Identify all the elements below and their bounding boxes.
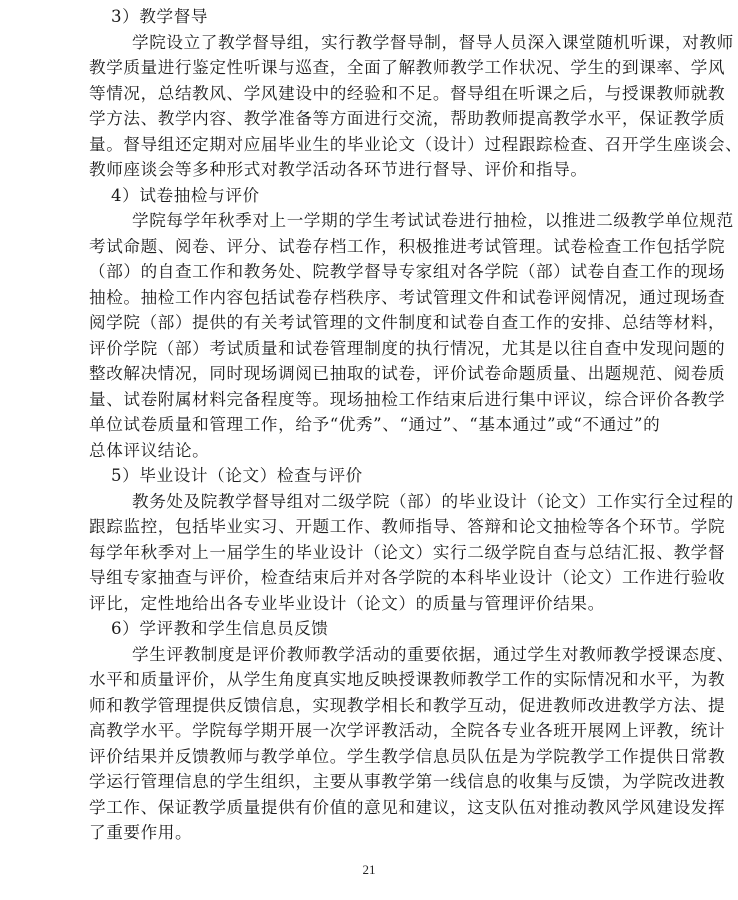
paragraph-line: 师和教学管理提供反馈信息，实现教学相长和教学互动，促进教师改进教学方法、提: [89, 693, 655, 719]
paragraph-line: 学院设立了教学督导组，实行教学督导制，督导人员深入课堂随机听课，对教师: [89, 30, 655, 56]
document-page: 3）教学督导 学院设立了教学督导组，实行教学督导制，督导人员深入课堂随机听课，对…: [89, 4, 655, 846]
paragraph-line: 学生评教制度是评价教师教学活动的重要依据，通过学生对教师教学授课态度、: [89, 642, 655, 668]
paragraph-line: 评价学院（部）考试质量和试卷管理制度的执行情况，尤其是以往自查中发现问题的: [89, 336, 655, 362]
paragraph-line: 教学质量进行鉴定性听课与巡查，全面了解教师教学工作状况、学生的到课率、学风: [89, 55, 655, 81]
paragraph-line: 单位试卷质量和管理工作，给予“优秀”、“通过”、“基本通过”或“不通过”的: [89, 412, 655, 438]
paragraph-line: 抽检。抽检工作内容包括试卷存档秩序、考试管理文件和试卷评阅情况，通过现场查: [89, 285, 655, 311]
paragraph-line: 评比，定性地给出各专业毕业设计（论文）的质量与管理评价结果。: [89, 591, 655, 617]
paragraph-line: 学院每学年秋季对上一学期的学生考试试卷进行抽检，以推进二级教学单位规范: [89, 208, 655, 234]
paragraph-line: 量。督导组还定期对应届毕业生的毕业论文（设计）过程跟踪检查、召开学生座谈会、: [89, 132, 655, 158]
paragraph-line: 教师座谈会等多种形式对教学活动各环节进行督导、评价和指导。: [89, 157, 655, 183]
paragraph-line: 了重要作用。: [89, 820, 655, 846]
section-heading-teaching-supervision: 3）教学督导: [89, 4, 655, 30]
paragraph-line: 每学年秋季对上一届学生的毕业设计（论文）实行二级学院自查与总结汇报、教学督: [89, 540, 655, 566]
section-heading-graduation-thesis-review: 5）毕业设计（论文）检查与评价: [89, 463, 655, 489]
paragraph-line: 量、试卷附属材料完备程度等。现场抽检工作结束后进行集中评议，综合评价各教学: [89, 387, 655, 413]
paragraph-line: 等情况，总结教风、学风建设中的经验和不足。督导组在听课之后，与授课教师就教: [89, 81, 655, 107]
paragraph-line: 学运行管理信息的学生组织，主要从事教学第一线信息的收集与反馈，为学院改进教: [89, 769, 655, 795]
section-heading-student-evaluation-feedback: 6）学评教和学生信息员反馈: [89, 616, 655, 642]
paragraph-line: 导组专家抽查与评价，检查结束后并对各学院的本科毕业设计（论文）工作进行验收: [89, 565, 655, 591]
paragraph-line: 评价结果并反馈教师与教学单位。学生教学信息员队伍是为学院教学工作提供日常教: [89, 744, 655, 770]
paragraph-line: 学方法、教学内容、教学准备等方面进行交流，帮助教师提高教学水平，保证教学质: [89, 106, 655, 132]
paragraph-line: 跟踪监控，包括毕业实习、开题工作、教师指导、答辩和论文抽检等各个环节。学院: [89, 514, 655, 540]
paragraph-line: 总体评议结论。: [89, 438, 655, 464]
paragraph-line: 整改解决情况，同时现场调阅已抽取的试卷，评价试卷命题质量、出题规范、阅卷质: [89, 361, 655, 387]
section-heading-exam-paper-inspection: 4）试卷抽检与评价: [89, 183, 655, 209]
paragraph-line: 高教学水平。学院每学期开展一次学评教活动，全院各专业各班开展网上评教，统计: [89, 718, 655, 744]
paragraph-line: 阅学院（部）提供的有关考试管理的文件制度和试卷自查工作的安排、总结等材料，: [89, 310, 655, 336]
paragraph-line: 教务处及院教学督导组对二级学院（部）的毕业设计（论文）工作实行全过程的: [89, 489, 655, 515]
paragraph-line: 学工作、保证教学质量提供有价值的意见和建议，这支队伍对推动教风学风建设发挥: [89, 795, 655, 821]
paragraph-line: 考试命题、阅卷、评分、试卷存档工作，积极推进考试管理。试卷检查工作包括学院: [89, 234, 655, 260]
paragraph-line: （部）的自查工作和教务处、院教学督导专家组对各学院（部）试卷自查工作的现场: [89, 259, 655, 285]
paragraph-line: 水平和质量评价，从学生角度真实地反映授课教师教学工作的实际情况和水平，为教: [89, 667, 655, 693]
page-number: 21: [0, 862, 738, 878]
